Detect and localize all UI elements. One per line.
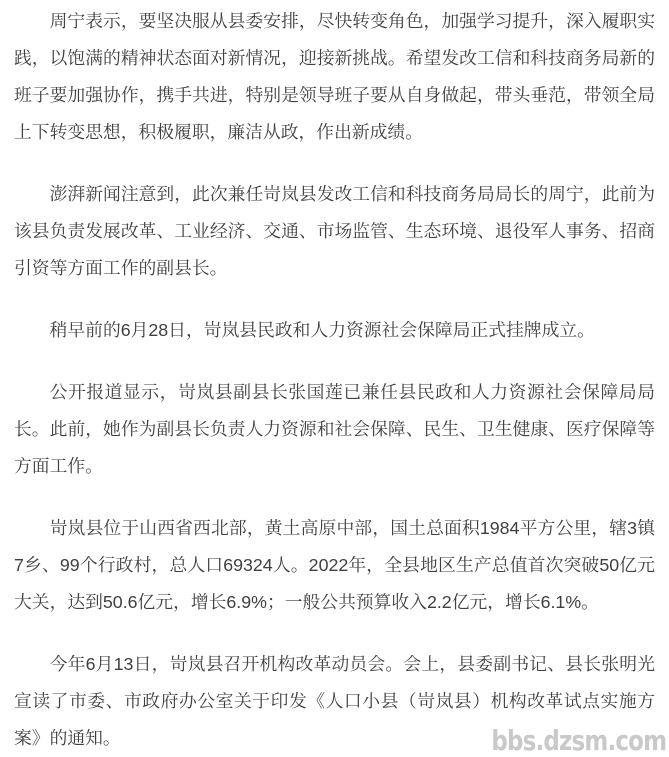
article-paragraph-5: 岢岚县位于山西省西北部，黄土高原中部，国土总面积1984平方公里，辖3镇7乡、9… (14, 510, 655, 621)
article-body: 周宁表示，要坚决服从县委安排，尽快转变角色，加强学习提升，深入履职实践，以饱满的… (0, 0, 669, 757)
article-paragraph-3: 稍早前的6月28日，岢岚县民政和人力资源社会保障局正式挂牌成立。 (14, 312, 655, 349)
article-paragraph-2: 澎湃新闻注意到，此次兼任岢岚县发改工信和科技商务局局长的周宁，此前为该县负责发展… (14, 176, 655, 287)
article-paragraph-4: 公开报道显示，岢岚县副县长张国莲已兼任县民政和人力资源社会保障局局长。此前，她作… (14, 374, 655, 485)
article-paragraph-1: 周宁表示，要坚决服从县委安排，尽快转变角色，加强学习提升，深入履职实践，以饱满的… (14, 3, 655, 151)
site-watermark: bbs.dzsm.com (491, 727, 666, 757)
